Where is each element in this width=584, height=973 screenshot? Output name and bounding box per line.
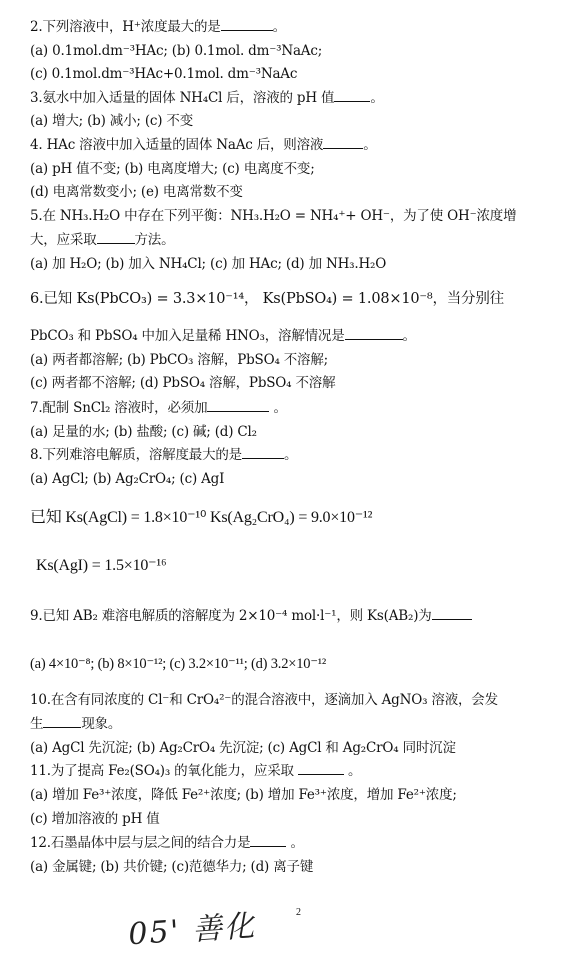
question-6-stem-line2: PbCO₃ 和 PbSO₄ 中加入足量稀 HNO₃，溶解情况是。 [30,326,416,346]
question-10-options: (a) AgCl 先沉淀; (b) Ag₂CrO₄ 先沉淀; (c) AgCl … [30,738,456,758]
answer-blank [97,231,135,244]
question-6-options-cd: (c) 两者都不溶解; (d) PbSO₄ 溶解，PbSO₄ 不溶解 [30,373,335,393]
question-12-stem: 12.石墨晶体中层与层之间的结合力是 。 [30,833,304,853]
question-11-stem: 11.为了提高 Fe₂(SO₄)₃ 的氧化能力，应采取 。 [30,761,361,781]
answer-blank [221,18,273,31]
question-7-options: (a) 足量的水; (b) 盐酸; (c) 碱; (d) Cl₂ [30,422,257,442]
answer-blank [207,399,269,412]
question-9-options: (a) 4×10⁻⁸; (b) 8×10⁻¹²; (c) 3.2×10⁻¹¹; … [30,654,326,674]
question-text: 7.配制 SnCl₂ 溶液时，必须加 [30,400,207,416]
period: 。 [273,400,286,416]
question-7-stem: 7.配制 SnCl₂ 溶液时，必须加 。 [30,398,287,418]
period: 。 [290,835,303,851]
question-4-options-abc: (a) pH 值不变; (b) 电离度增大; (c) 电离度不变; [30,159,315,179]
question-text: 3.氨水中加入适量的固体 NH₄Cl 后，溶液的 pH 值 [30,90,334,106]
answer-blank [298,762,344,775]
question-text: 12.石墨晶体中层与层之间的结合力是 [30,835,250,851]
answer-blank [323,136,363,149]
question-5-stem-line2: 大，应采取方法。 [30,230,174,250]
question-3-stem: 3.氨水中加入适量的固体 NH₄Cl 后，溶液的 pH 值。 [30,88,384,108]
question-text: 2.下列溶液中，H⁺浓度最大的是 [30,19,221,35]
answer-blank [250,834,286,847]
question-8-given-ks-1: 已知 Ks(AgCl) = 1.8×10⁻¹⁰ Ks(Ag₂CrO₄) = 9.… [30,508,372,528]
question-10-stem-line2: 生现象。 [30,714,121,734]
question-2-stem: 2.下列溶液中，H⁺浓度最大的是。 [30,17,286,37]
period: 。 [273,19,286,35]
question-10-stem-line1: 10.在含有同浓度的 Cl⁻和 CrO₄²⁻的混合溶液中，逐滴加入 AgNO₃ … [30,690,498,710]
answer-blank [334,89,370,102]
question-12-options: (a) 金属键; (b) 共价键; (c)范德华力; (d) 离子键 [30,857,313,877]
question-text: 11.为了提高 Fe₂(SO₄)₃ 的氧化能力，应采取 [30,763,294,779]
question-3-options: (a) 增大; (b) 减小; (c) 不变 [30,111,193,131]
exam-page: 2.下列溶液中，H⁺浓度最大的是。 (a) 0.1mol.dm⁻³HAc; (b… [0,0,584,973]
handwritten-signature: 05' 善化 [127,901,258,954]
question-5-options: (a) 加 H₂O; (b) 加入 NH₄Cl; (c) 加 HAc; (d) … [30,254,386,274]
question-2-options-ab: (a) 0.1mol.dm⁻³HAc; (b) 0.1mol. dm⁻³NaAc… [30,41,322,61]
question-text: 大，应采取 [30,232,97,248]
question-11-option-c: (c) 增加溶液的 pH 值 [30,809,160,829]
question-text: PbCO₃ 和 PbSO₄ 中加入足量稀 HNO₃，溶解情况是 [30,328,345,344]
question-8-options: (a) AgCl; (b) Ag₂CrO₄; (c) AgI [30,469,224,489]
question-5-stem-line1: 5.在 NH₃.H₂O 中存在下列平衡：NH₃.H₂O = NH₄⁺+ OH⁻，… [30,206,516,226]
answer-blank [345,327,403,340]
question-text: 8.下列难溶电解质，溶解度最大的是 [30,447,242,463]
period: 。 [370,90,383,106]
question-8-stem: 8.下列难溶电解质，溶解度最大的是。 [30,445,297,465]
question-text: 生 [30,716,43,732]
question-text: 9.已知 AB₂ 难溶电解质的溶解度为 2×10⁻⁴ mol·l⁻¹，则 Ks(… [30,608,432,624]
answer-blank [432,607,472,620]
question-4-options-de: (d) 电离常数变小; (e) 电离常数不变 [30,182,243,202]
question-text: 现象。 [81,716,121,732]
question-9-stem: 9.已知 AB₂ 难溶电解质的溶解度为 2×10⁻⁴ mol·l⁻¹，则 Ks(… [30,606,472,626]
question-11-options-ab: (a) 增加 Fe³⁺浓度，降低 Fe²⁺浓度; (b) 增加 Fe³⁺浓度，增… [30,785,457,805]
question-4-stem: 4. HAc 溶液中加入适量的固体 NaAc 后，则溶液。 [30,135,377,155]
question-8-given-ks-2: Ks(AgI) = 1.5×10⁻¹⁶ [36,556,166,576]
answer-blank [242,446,284,459]
question-text: 4. HAc 溶液中加入适量的固体 NaAc 后，则溶液 [30,137,323,153]
question-2-option-c: (c) 0.1mol.dm⁻³HAc+0.1mol. dm⁻³NaAc [30,64,297,84]
period: 。 [348,763,361,779]
question-text: 方法。 [135,232,175,248]
period: 。 [284,447,297,463]
question-6-options-ab: (a) 两者都溶解; (b) PbCO₃ 溶解，PbSO₄ 不溶解; [30,350,328,370]
question-6-stem-line1: 6.已知 Ks(PbCO₃) = 3.3×10⁻¹⁴， Ks(PbSO₄) = … [30,289,504,309]
period: 。 [363,137,376,153]
period: 。 [403,328,416,344]
page-number: 2 [296,907,301,918]
answer-blank [43,715,81,728]
